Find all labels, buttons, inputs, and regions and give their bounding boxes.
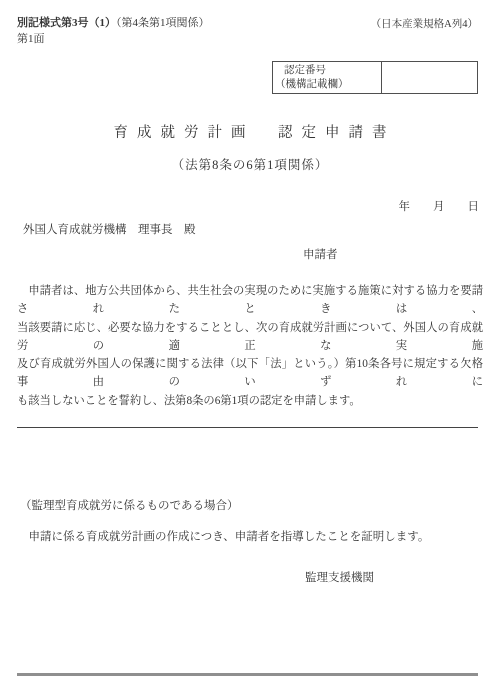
form-code-note: （第4条第1項関係） xyxy=(116,17,210,29)
supervising-organization-label: 監理支援機関 xyxy=(305,569,374,585)
page-bottom-rule xyxy=(17,673,478,676)
declaration-line: も該当しないことを誓約し、法第8条の6第1項の認定を申請します。 xyxy=(17,392,483,410)
declaration-line: 及び育成就労外国人の保護に関する法律（以下「法」という。）第10条各号に規定する… xyxy=(17,355,483,392)
form-page: 別記様式第3号（1）（第4条第1項関係） 第1面 （日本産業規格A列4） 認定番… xyxy=(0,0,500,698)
certification-number-label: 認定番号 （機構記載欄） xyxy=(273,62,381,93)
date-line: 年 月 日 xyxy=(399,198,480,214)
supervised-case-statement: 申請に係る育成就労計画の作成につき、申請者を指導したことを証明します。 xyxy=(17,528,429,544)
declaration-line: 当該要請に応じ、必要な協力をすることとし、次の育成就労計画について、外国人の育成… xyxy=(17,319,483,356)
recipient-line: 外国人育成就労機構 理事長 殿 xyxy=(23,221,196,237)
certification-number-label-line2: （機構記載欄） xyxy=(273,78,381,92)
form-code-line: 別記様式第3号（1）（第4条第1項関係） xyxy=(17,16,210,31)
certification-number-box: 認定番号 （機構記載欄） xyxy=(272,61,478,94)
paper-standard-label: （日本産業規格A列4） xyxy=(371,17,478,32)
document-title: 育成就労計画 認定申請書 xyxy=(0,121,500,142)
signature-divider-line xyxy=(17,427,478,428)
page-side-label: 第1面 xyxy=(17,32,45,47)
applicant-label: 申請者 xyxy=(303,246,338,262)
declaration-paragraph: 申請者は、地方公共団体から、共生社会の実現のために実施する施策に対する協力を要請… xyxy=(17,282,483,410)
certification-number-value-cell xyxy=(381,62,477,93)
form-code: 別記様式第3号（1） xyxy=(17,17,116,29)
declaration-line: 申請者は、地方公共団体から、共生社会の実現のために実施する施策に対する協力を要請… xyxy=(17,282,483,319)
certification-number-label-line1: 認定番号 xyxy=(273,64,381,78)
supervised-case-condition-note: （監理型育成就労に係るものである場合） xyxy=(20,497,239,513)
document-subtitle: （法第8条の6第1項関係） xyxy=(0,155,500,173)
